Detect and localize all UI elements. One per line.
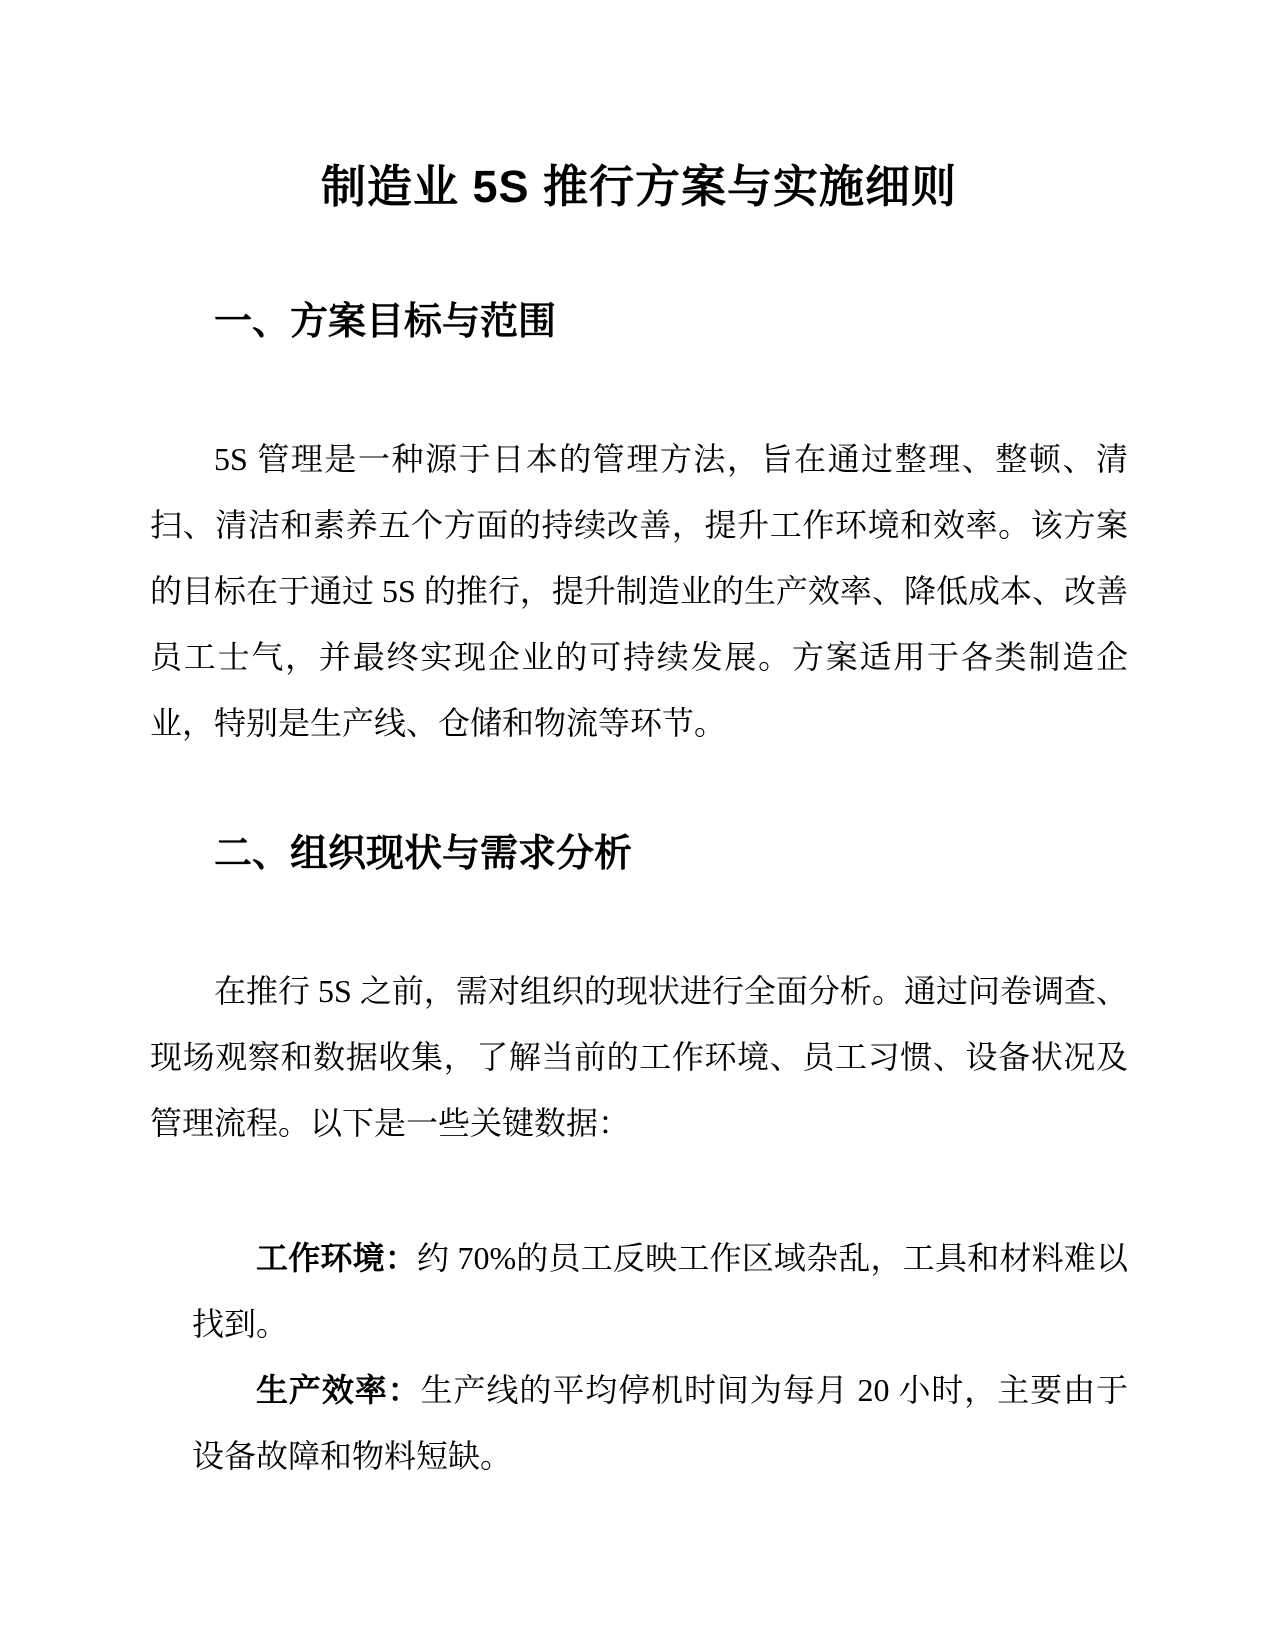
section-2-paragraph: 在推行 5S 之前，需对组织的现状进行全面分析。通过问卷调查、现场观察和数据收集…	[150, 958, 1128, 1156]
key-point-label: 工作环境：	[256, 1240, 417, 1276]
section-1-heading: 一、方案目标与范围	[150, 294, 1128, 350]
key-point-label: 生产效率：	[256, 1372, 421, 1408]
section-1-paragraph: 5S 管理是一种源于日本的管理方法，旨在通过整理、整顿、清扫、清洁和素养五个方面…	[150, 426, 1128, 756]
section-2-heading: 二、组织现状与需求分析	[150, 826, 1128, 882]
key-point-production-efficiency: 生产效率：生产线的平均停机时间为每月 20 小时，主要由于设备故障和物料短缺。	[150, 1357, 1128, 1489]
document-page: 制造业 5S 推行方案与实施细则 一、方案目标与范围 5S 管理是一种源于日本的…	[0, 0, 1275, 1650]
key-point-work-environment: 工作环境：约 70%的员工反映工作区域杂乱，工具和材料难以找到。	[150, 1225, 1128, 1357]
document-title: 制造业 5S 推行方案与实施细则	[150, 150, 1128, 224]
